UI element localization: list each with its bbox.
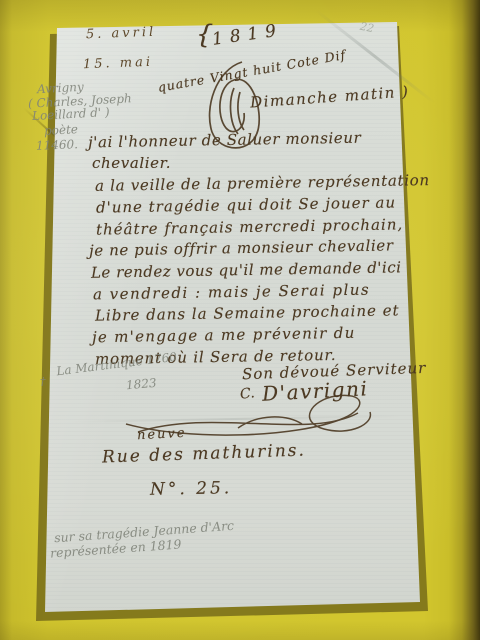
signature-prefix: C. — [239, 386, 255, 401]
pencil-death-year: 1823 — [126, 377, 157, 392]
photo-of-letter: 5. avril 15. mai { 1819 quatre Vingt hui… — [0, 0, 480, 640]
address-number: N°. 25. — [150, 480, 233, 498]
pencil-death-cross: † — [40, 376, 46, 387]
corner-pencil-mark: 22 — [359, 21, 375, 35]
letter-line-10: je m'engage a me prévenir du — [92, 326, 356, 346]
pencil-catalog-number: 11460. — [36, 138, 78, 151]
pencil-name: Avrigny — [37, 81, 84, 95]
letter-line-2: chevalier. — [92, 156, 171, 171]
pencil-profession: poète — [44, 123, 79, 137]
annotation-date-april: 5. avril — [86, 26, 157, 41]
address-line-neuve: neuve — [137, 427, 187, 443]
annotation-date-may: 15. mai — [83, 56, 153, 71]
signature: D'avrigni — [262, 378, 369, 404]
